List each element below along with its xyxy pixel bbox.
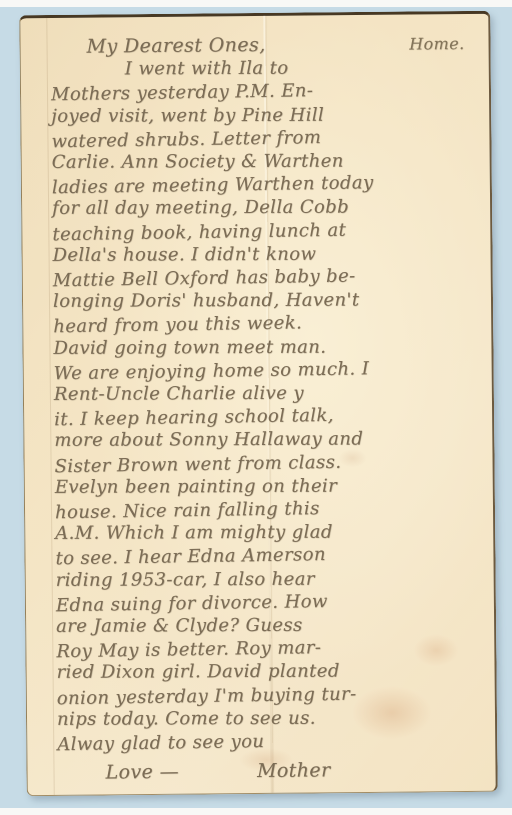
signature-row: Love — Mother (105, 758, 479, 785)
closing: Love — (105, 761, 179, 785)
top-edge-strip (0, 0, 512, 7)
salutation-row: My Dearest Ones, Home. (50, 32, 472, 59)
postcard: My Dearest Ones, Home. I went with Ila t… (19, 11, 497, 796)
salutation: My Dearest Ones, (86, 34, 265, 59)
letter-line: Alway glad to see you (57, 727, 479, 757)
corner-note: Home. (409, 32, 465, 56)
letter-text: My Dearest Ones, Home. I went with Ila t… (20, 14, 495, 795)
photo-background: My Dearest Ones, Home. I went with Ila t… (0, 0, 512, 815)
bottom-edge-strip (0, 808, 512, 815)
signature: Mother (257, 760, 331, 784)
